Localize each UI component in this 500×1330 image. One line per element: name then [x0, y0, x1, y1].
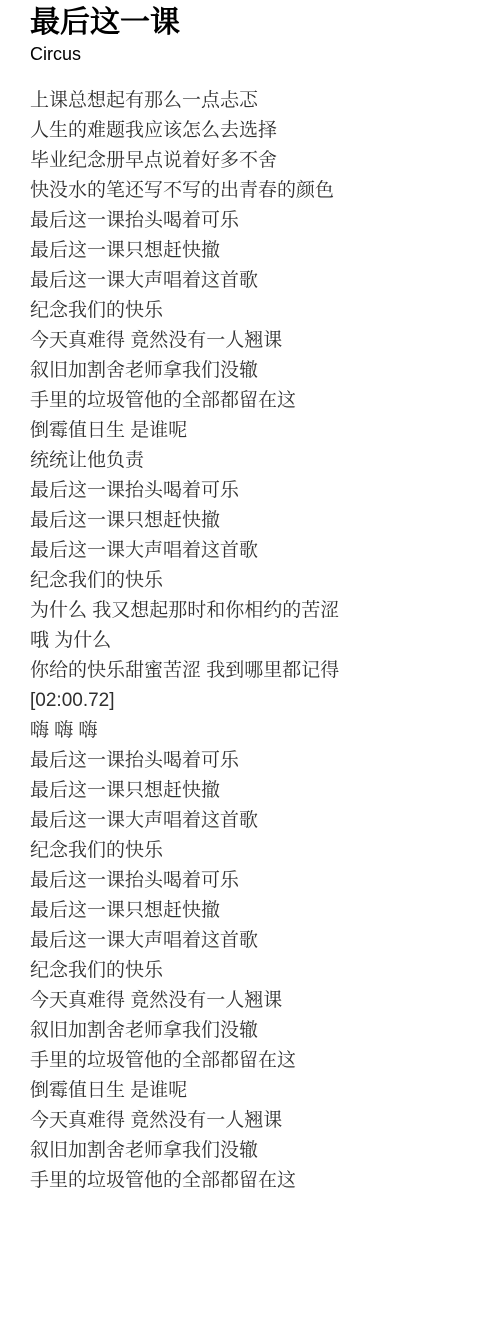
lyric-line: 毕业纪念册早点说着好多不舍	[30, 146, 480, 176]
lyric-line: 最后这一课抬头喝着可乐	[30, 206, 480, 236]
lyric-line: 最后这一课抬头喝着可乐	[30, 746, 480, 776]
lyric-line: 你给的快乐甜蜜苦涩 我到哪里都记得	[30, 656, 480, 686]
lyric-line: 今天真难得 竟然没有一人翘课	[30, 326, 480, 356]
lyric-line: 纪念我们的快乐	[30, 956, 480, 986]
lyrics-page: 最后这一课 Circus 上课总想起有那么一点忐忑 人生的难题我应该怎么去选择 …	[0, 0, 500, 1330]
lyric-line: 倒霉值日生 是谁呢	[30, 416, 480, 446]
lyric-line: 最后这一课只想赶快撤	[30, 776, 480, 806]
lyric-line: 纪念我们的快乐	[30, 836, 480, 866]
lyric-line: 最后这一课大声唱着这首歌	[30, 266, 480, 296]
lyric-line: 手里的垃圾管他的全部都留在这	[30, 1046, 480, 1076]
lyric-line: 最后这一课抬头喝着可乐	[30, 866, 480, 896]
lyrics-list: 上课总想起有那么一点忐忑 人生的难题我应该怎么去选择 毕业纪念册早点说着好多不舍…	[30, 86, 480, 1196]
lyric-line: 统统让他负责	[30, 446, 480, 476]
lyric-line: 倒霉值日生 是谁呢	[30, 1076, 480, 1106]
lyric-line: 叙旧加割舍老师拿我们没辙	[30, 1136, 480, 1166]
lyric-line: 手里的垃圾管他的全部都留在这	[30, 1166, 480, 1196]
song-title: 最后这一课	[30, 5, 480, 41]
lyric-line: 最后这一课只想赶快撤	[30, 236, 480, 266]
lyric-line: 最后这一课大声唱着这首歌	[30, 806, 480, 836]
lyric-line: 最后这一课抬头喝着可乐	[30, 476, 480, 506]
lyric-line: 最后这一课只想赶快撤	[30, 896, 480, 926]
lyric-line: 最后这一课只想赶快撤	[30, 506, 480, 536]
artist-name: Circus	[30, 44, 480, 65]
lyric-line: 手里的垃圾管他的全部都留在这	[30, 386, 480, 416]
lyric-line: 嗨 嗨 嗨	[30, 716, 480, 746]
lyric-line: 今天真难得 竟然没有一人翘课	[30, 1106, 480, 1136]
lyric-line: 最后这一课大声唱着这首歌	[30, 536, 480, 566]
lyric-line: 纪念我们的快乐	[30, 296, 480, 326]
lyric-line: 今天真难得 竟然没有一人翘课	[30, 986, 480, 1016]
lyric-line: 叙旧加割舍老师拿我们没辙	[30, 1016, 480, 1046]
lyric-line: 快没水的笔还写不写的出青春的颜色	[30, 176, 480, 206]
lyric-line: 人生的难题我应该怎么去选择	[30, 116, 480, 146]
lyric-line: 哦 为什么	[30, 626, 480, 656]
lyric-line: 最后这一课大声唱着这首歌	[30, 926, 480, 956]
lyric-line: 纪念我们的快乐	[30, 566, 480, 596]
lyric-line: 叙旧加割舍老师拿我们没辙	[30, 356, 480, 386]
lyric-line: 上课总想起有那么一点忐忑	[30, 86, 480, 116]
lyric-line: 为什么 我又想起那时和你相约的苦涩	[30, 596, 480, 626]
lyric-line: [02:00.72]	[30, 686, 480, 716]
